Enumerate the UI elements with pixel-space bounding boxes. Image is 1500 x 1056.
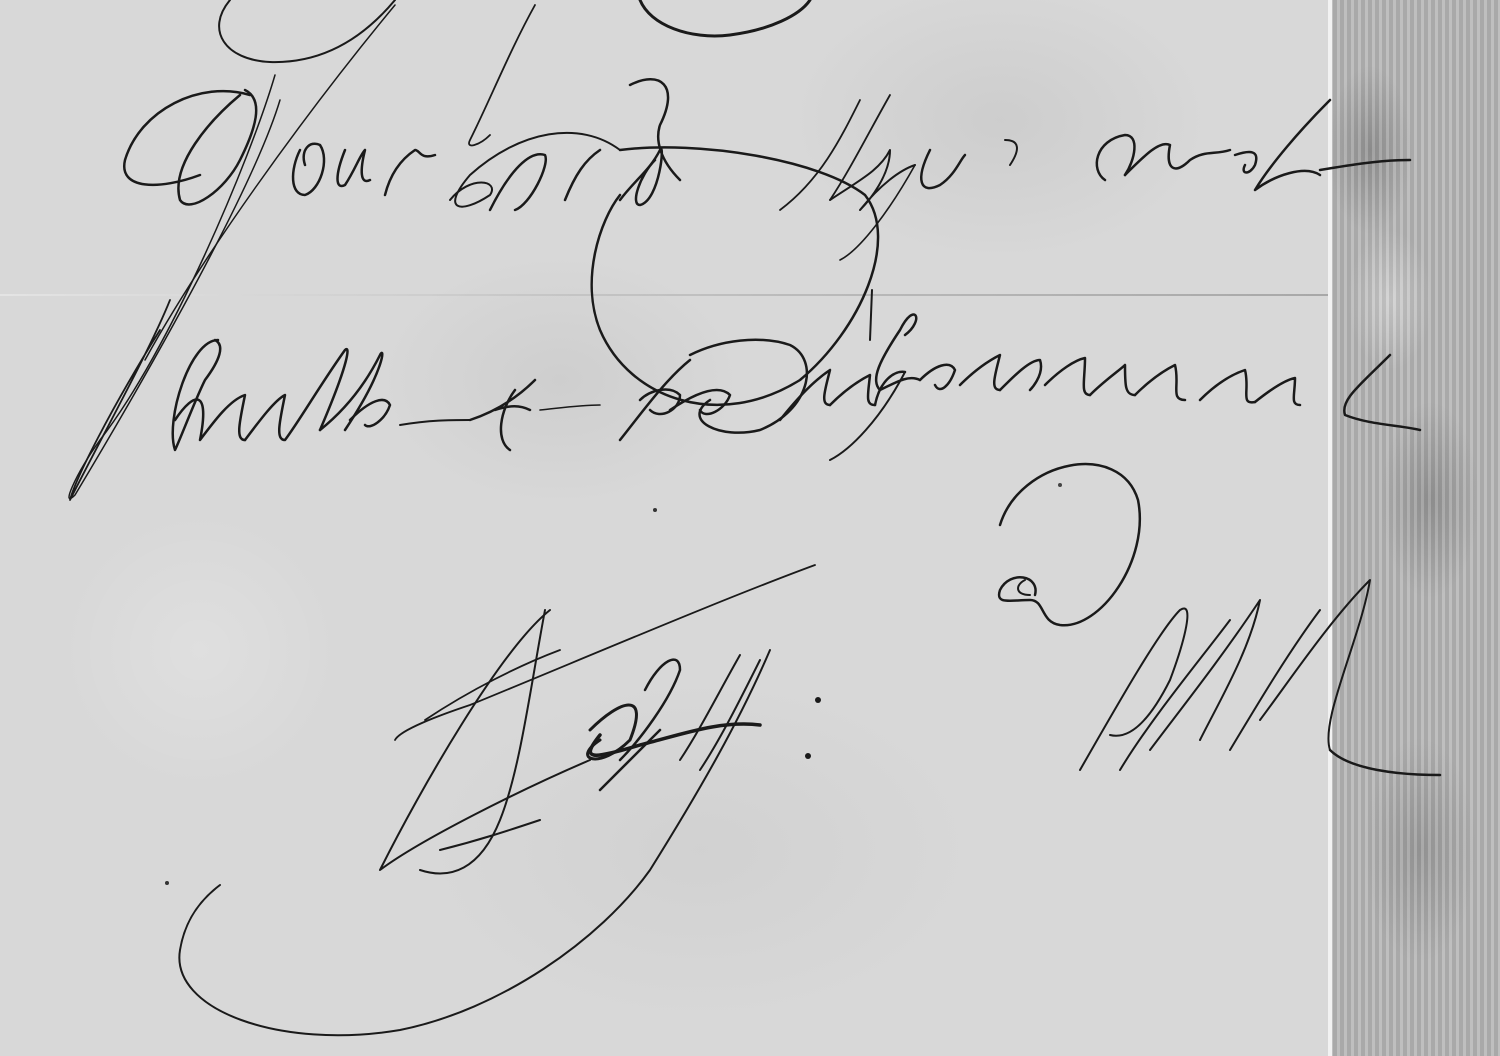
closing-line-1-strokes xyxy=(69,5,1410,499)
closing-line-2-strokes xyxy=(70,290,1420,500)
handwriting-ink xyxy=(0,0,1500,1056)
signature-colon-dot xyxy=(805,753,811,759)
signature-colon-dot xyxy=(815,697,821,703)
ink-specks xyxy=(165,483,1062,885)
prior-line-remnants xyxy=(219,0,810,62)
signature-strokes xyxy=(179,464,1440,1035)
